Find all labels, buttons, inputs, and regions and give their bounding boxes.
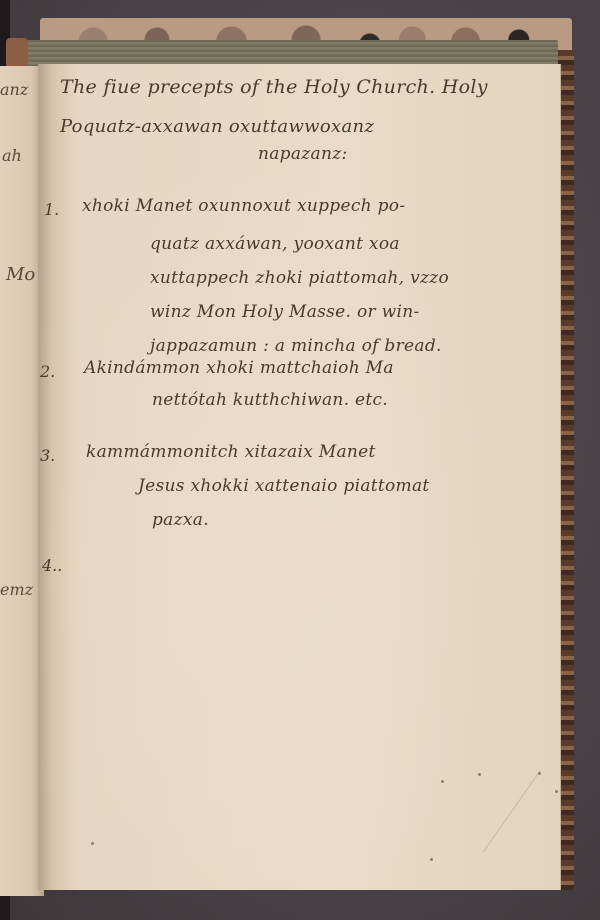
margin-fragment: ah: [2, 146, 22, 165]
precept-line: xuttappech zhoki piattomah, vzzo: [150, 268, 449, 288]
precept-line: kammámmonitch xitazaix Manet: [86, 442, 376, 462]
precept-line: jappazamun : a mincha of bread.: [150, 336, 442, 356]
heading-english: The fiue precepts of the Holy Church. Ho…: [60, 76, 488, 98]
paper-speck: [538, 772, 541, 775]
precept-line: xhoki Manet oxunnoxut xuppech po-: [82, 196, 405, 216]
precept-number: 2.: [40, 362, 55, 381]
heading-native-line2: napazanz:: [258, 144, 348, 164]
paper-speck: [441, 780, 444, 783]
precept-number: 3.: [40, 446, 55, 465]
paper-speck: [91, 842, 94, 845]
precept-line: Jesus xhokki xattenaio piattomat: [138, 476, 430, 496]
paper-speck: [555, 790, 558, 793]
precept-number: 4..: [42, 556, 62, 575]
paper-speck: [478, 773, 481, 776]
precept-line: quatz axxáwan, yooxant xoa: [150, 234, 400, 254]
margin-fragment: anz: [0, 80, 28, 99]
precept-line: nettótah kutthchiwan. etc.: [152, 390, 388, 410]
margin-fragment: Mo: [6, 264, 35, 285]
margin-fragment: emz: [0, 580, 33, 599]
precept-line: Akindámmon xhoki mattchaioh Ma: [84, 358, 394, 378]
precept-line: winz Mon Holy Masse. or win-: [150, 302, 420, 322]
precept-line: pazxa.: [152, 510, 209, 530]
heading-native-line1: Poquatz-axxawan oxuttawwoxanz: [60, 116, 374, 137]
paper-speck: [430, 858, 433, 861]
precept-number: 1.: [44, 200, 59, 219]
